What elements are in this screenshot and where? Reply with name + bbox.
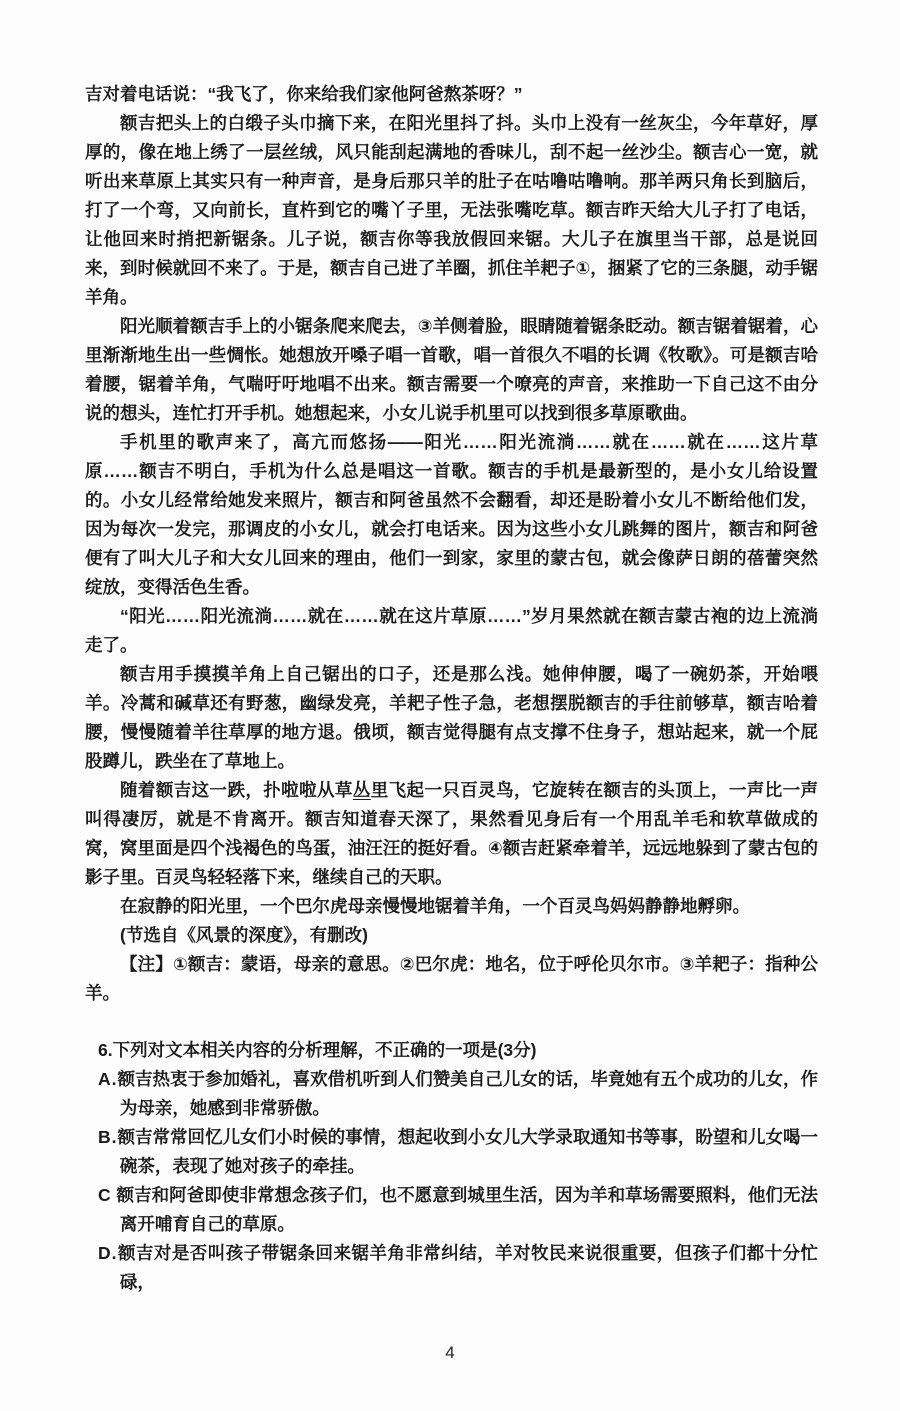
option-text: 额吉常常回忆儿女们小时候的事情，想起收到小女儿大学录取通知书等事，盼望和儿女喝一… (118, 1127, 819, 1176)
paragraph-text: 随着额吉这一跌，扑啦啦从草 (120, 780, 353, 800)
reading-passage: 吉对着电话说：“我飞了，你来给我们家他阿爸熬茶呀？” 额吉把头上的白缎子头巾摘下… (85, 80, 818, 1008)
exam-page: 吉对着电话说：“我飞了，你来给我们家他阿爸熬茶呀？” 额吉把头上的白缎子头巾摘下… (0, 0, 900, 1411)
passage-paragraph-continuation: 吉对着电话说：“我飞了，你来给我们家他阿爸熬茶呀？” (85, 80, 818, 109)
option-label: B. (98, 1127, 118, 1147)
page-number: 4 (445, 1343, 454, 1362)
passage-paragraph: “阳光……阳光流淌……就在……就在这片草原……”岁月果然就在额吉蒙古袍的边上流淌… (85, 602, 818, 660)
passage-paragraph: 在寂静的阳光里，一个巴尔虎母亲慢慢地锯着羊角，一个百灵鸟妈妈静静地孵卵。 (85, 892, 818, 921)
passage-paragraph: 额吉把头上的白缎子头巾摘下来，在阳光里抖了抖。头巾上没有一丝灰尘，今年草好，厚厚… (85, 109, 818, 312)
question-option-a: A.额吉热衷于参加婚礼，喜欢借机听到人们赞美自己儿女的话，毕竟她有五个成功的儿女… (98, 1065, 818, 1123)
passage-paragraph-bird: 随着额吉这一跌，扑啦啦从草丛里飞起一只百灵鸟，它旋转在额吉的头顶上，一声比一声叫… (85, 776, 818, 892)
option-label: A. (98, 1069, 118, 1089)
passage-source-line: (节选自《风景的深度》，有删改) (85, 921, 818, 950)
option-label: D. (98, 1243, 118, 1263)
passage-paragraph: 阳光顺着额吉手上的小锯条爬来爬去，③羊侧着脸，眼睛随着锯条眨动。额吉锯着锯着，心… (85, 312, 818, 428)
question-option-c: C 额吉和阿爸即使非常想念孩子们，也不愿意到城里生活，因为羊和草场需要照料，他们… (98, 1181, 818, 1239)
question-option-b: B.额吉常常回忆儿女们小时候的事情，想起收到小女儿大学录取通知书等事，盼望和儿女… (98, 1123, 818, 1181)
question-option-d: D.额吉对是否叫孩子带锯条回来锯羊角非常纠结，羊对牧民来说很重要，但孩子们都十分… (98, 1239, 818, 1297)
question-6: 6.下列对文本相关内容的分析理解，不正确的一项是(3分) A.额吉热衷于参加婚礼… (85, 1036, 818, 1297)
option-text: 额吉对是否叫孩子带锯条回来锯羊角非常纠结，羊对牧民来说很重要，但孩子们都十分忙碌… (118, 1243, 819, 1292)
passage-notes: 【注】①额吉：蒙语，母亲的意思。②巴尔虎：地名，位于呼伦贝尔市。③羊耙子：指种公… (85, 950, 818, 1008)
option-text: 额吉热衷于参加婚礼，喜欢借机听到人们赞美自己儿女的话，毕竟她有五个成功的儿女，作… (118, 1069, 819, 1118)
passage-paragraph: 手机里的歌声来了，高亢而悠扬——阳光……阳光流淌……就在……就在……这片草原……… (85, 428, 818, 602)
page-footer: 4 (0, 1338, 900, 1367)
passage-paragraph: 额吉用手摸摸羊角上自己锯出的口子，还是那么浅。她伸伸腰，喝了一碗奶茶，开始喂羊。… (85, 660, 818, 776)
option-text: 额吉和阿爸即使非常想念孩子们，也不愿意到城里生活，因为羊和草场需要照料，他们无法… (112, 1185, 818, 1234)
underlined-character: 丛 (353, 780, 371, 800)
option-label: C (98, 1185, 112, 1205)
question-stem: 6.下列对文本相关内容的分析理解，不正确的一项是(3分) (98, 1036, 818, 1065)
